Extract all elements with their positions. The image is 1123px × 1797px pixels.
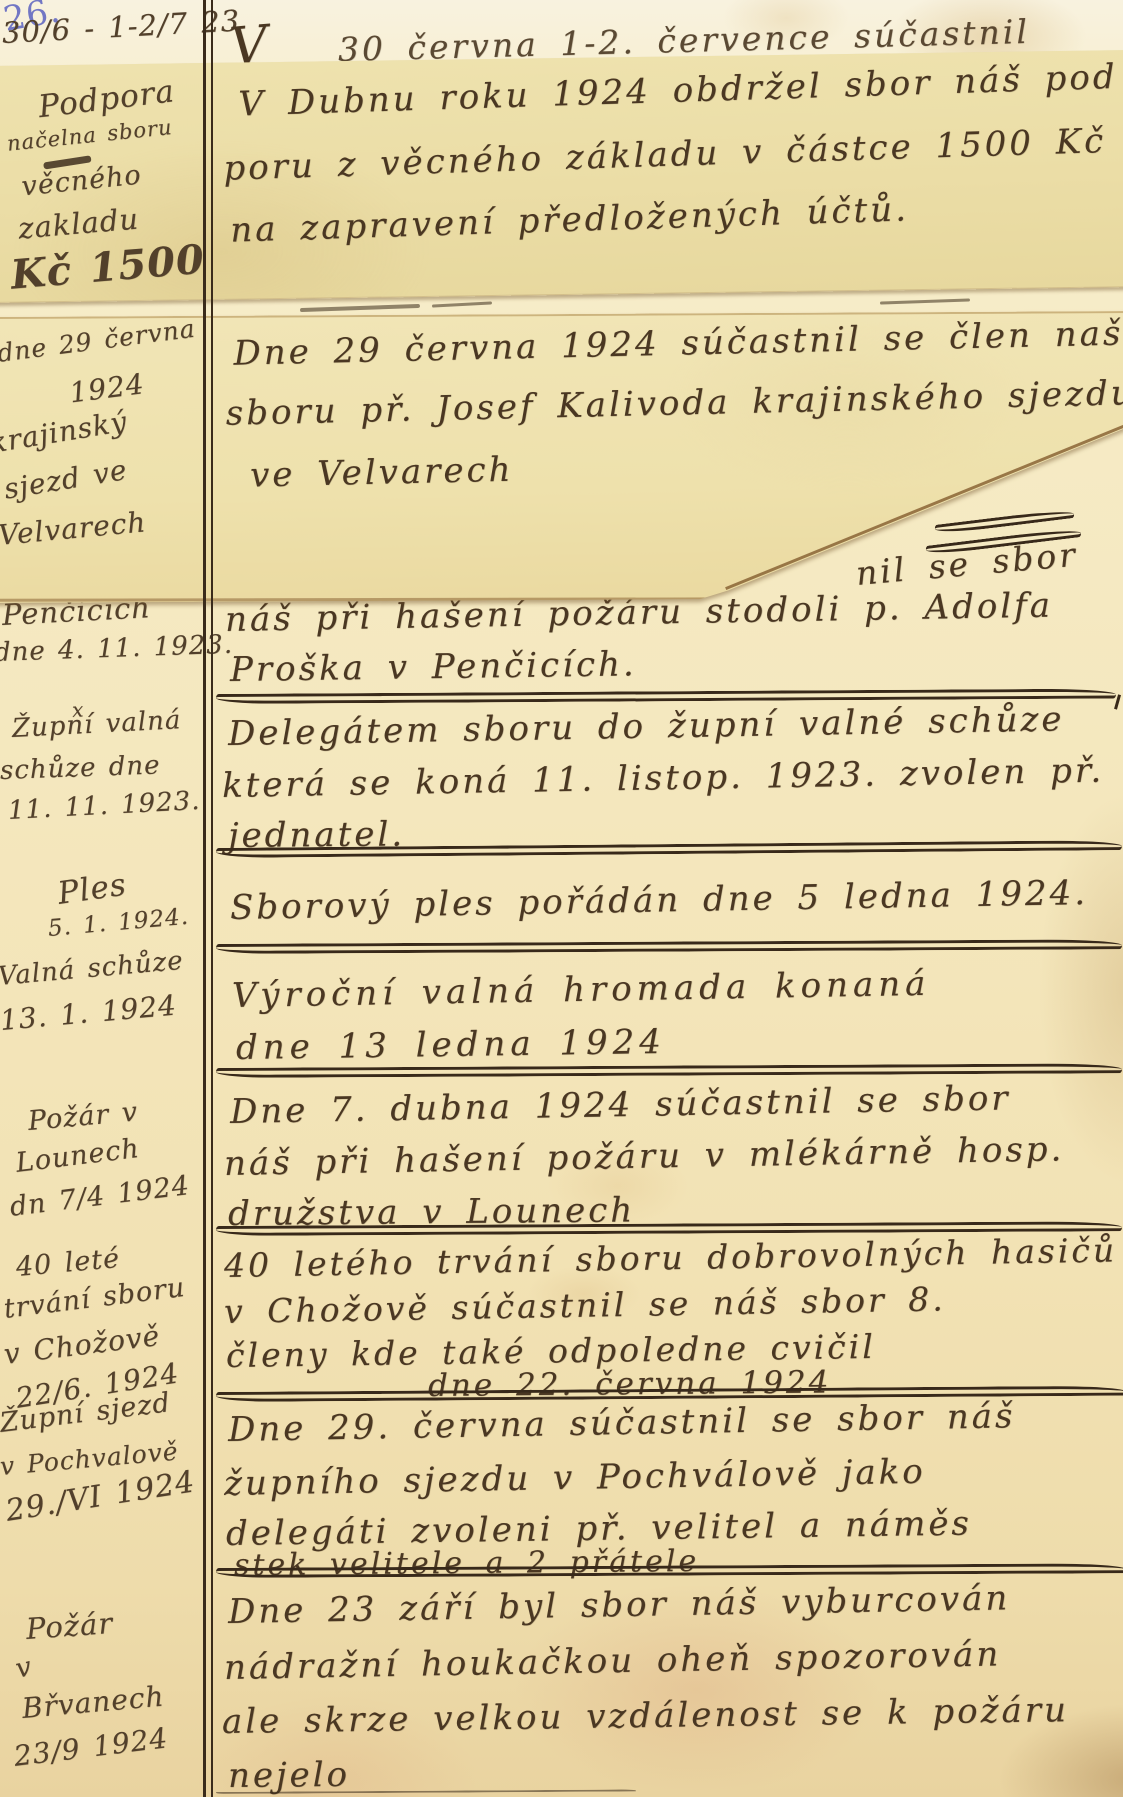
ink-fragment <box>432 301 492 307</box>
entry-text-line: Sborový ples pořádán dne 5 ledna 1924. <box>230 873 1089 928</box>
margin-note-line: Požár v <box>27 1096 140 1137</box>
ink-fragment <box>880 298 970 304</box>
margin-note-line: dn 7/4 1924 <box>8 1170 191 1223</box>
margin-note-line: schůze dne <box>0 750 161 786</box>
entry-text-line: v Chožově súčastnil se náš sbor 8. <box>224 1279 946 1331</box>
margin-note-line: Požár <box>25 1606 114 1646</box>
entry-text-line: ale skrze velkou vzdálenost se k požáru <box>222 1690 1069 1742</box>
slip1-text-line: V Dubnu roku 1924 obdržel sbor náš pod <box>238 57 1118 125</box>
margin-note-line: Lounech <box>14 1133 141 1179</box>
entry-text-line: dne 13 ledna 1924 <box>236 1022 666 1068</box>
margin-note-line: Župní valná <box>11 705 182 744</box>
entry-text-line: župního sjezdu v Pochválově jako <box>224 1452 926 1504</box>
slip1-margin-line: věcného <box>20 159 143 202</box>
slip2-text-line: ve Velvarech <box>250 450 514 496</box>
slip2-text-line: sboru př. Josef Kalivoda krajinského sje… <box>225 373 1123 434</box>
slip2-margin-line: Velvarech <box>0 505 148 552</box>
chronicle-page: 26. 30/6 - 1-2/7 23 V 30 června 1-2. čer… <box>0 0 1123 1797</box>
margin-note-line: Valná schůze <box>0 946 185 992</box>
ink-fragment <box>300 304 420 312</box>
slip1-text-line: poru z věcného základu v částce 1500 Kč <box>223 121 1107 189</box>
entry-text-line: nejelo <box>228 1755 350 1796</box>
margin-note-line: 13. 1. 1924 <box>0 989 178 1037</box>
slip2-margin-line: dne 29 června <box>0 314 197 368</box>
margin-note-line: dne 4. 11. 1923. <box>0 630 234 668</box>
entry-text-line: Delegátem sboru do župní valné schůze <box>228 699 1065 754</box>
margin-note-line: v <box>13 1651 35 1685</box>
ledger-vertical-rule <box>203 0 213 1797</box>
slip2-text-line: Dne 29 června 1924 súčastnil se člen naš… <box>233 312 1123 374</box>
entry-text-line: náš při hašení požáru v mlékárně hosp. <box>224 1129 1065 1184</box>
entry-text-line: Dne 23 září byl sbor náš vyburcován <box>228 1578 1011 1632</box>
margin-note-line: Ples <box>55 867 128 912</box>
slip1-margin-amount: Kč 1500 <box>9 236 207 299</box>
margin-note-line: 11. 11. 1923. <box>7 786 201 826</box>
entry-separator <box>216 939 1122 954</box>
pasted-slip-1: Podpora načelna sboru věcného zakladu Kč… <box>0 50 1123 303</box>
pasted-slip-2: dne 29 června 1924 krajinský sjezd ve Ve… <box>0 314 1123 600</box>
entry-text-line: nádražní houkačkou oheň spozorován <box>224 1634 1002 1688</box>
entry-text-line: 40 letého trvání sboru dobrovolných hasi… <box>224 1230 1118 1285</box>
slip2-cut-edge <box>725 421 1123 590</box>
margin-note-line: 40 leté <box>15 1243 122 1283</box>
entry-text-line: která se koná 11. listop. 1923. zvolen p… <box>222 751 1105 806</box>
margin-note-line: 23/9 1924 <box>12 1721 170 1773</box>
entry-text-line: Dne 29. června súčastnil se sbor náš <box>228 1396 1016 1450</box>
entry-text-line: Výroční valná hromada konaná <box>232 964 931 1016</box>
slip1-margin-line: zakladu <box>17 202 140 246</box>
slip2-margin-line: krajinský <box>0 405 130 460</box>
entry-text-line: Dne 7. dubna 1924 súčastnil se sbor <box>230 1078 1011 1132</box>
slip1-text-line: na zapravení předložených účtů. <box>230 189 910 250</box>
entry-text-line: Proška v Penčicích. <box>230 644 637 690</box>
slip1-margin-line: načelna sboru <box>6 115 174 156</box>
slip2-margin-line: sjezd ve <box>1 453 129 506</box>
margin-note-line: Břvanech <box>21 1680 166 1725</box>
pasted-slip-2-paper: dne 29 června 1924 krajinský sjezd ve Ve… <box>0 311 1123 603</box>
slip2-margin-line: 1924 <box>68 367 147 409</box>
